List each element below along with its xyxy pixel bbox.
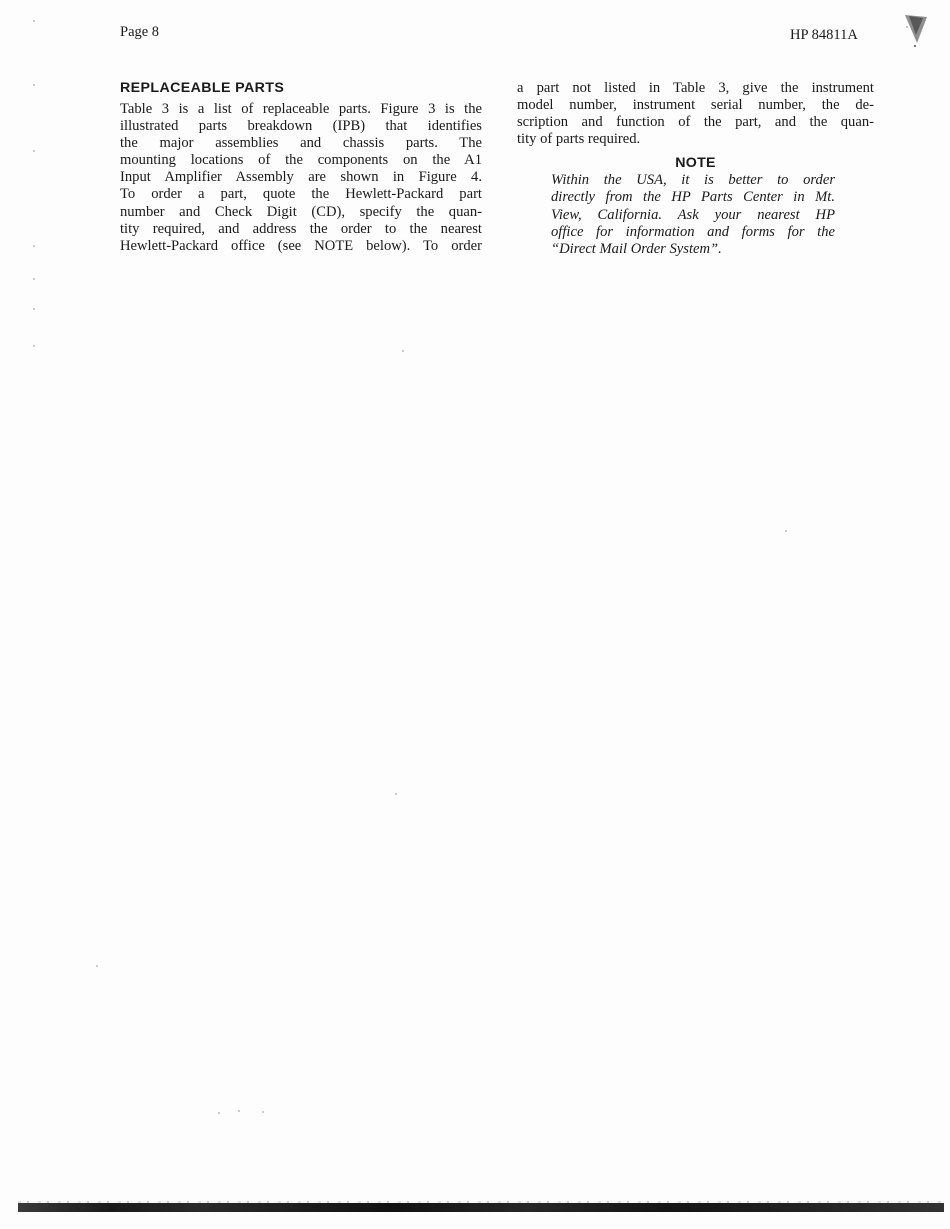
scan-speck — [238, 1110, 240, 1112]
text-line: the major assemblies and chassis parts. … — [120, 135, 482, 152]
note-body: Within the USA, it is better to order di… — [551, 172, 835, 257]
scan-corner-mark-icon — [903, 13, 929, 49]
note-line: View, California. Ask your nearest HP — [551, 207, 835, 224]
replaceable-parts-paragraph: Table 3 is a list of replaceable parts. … — [120, 101, 482, 255]
text-line: number and Check Digit (CD), specify the… — [120, 204, 482, 221]
text-line: Hewlett-Packard office (see NOTE below).… — [120, 238, 482, 255]
model-number: HP 84811A — [790, 27, 858, 44]
scan-speck — [262, 1111, 264, 1113]
scan-speck — [33, 308, 35, 310]
text-line: a part not listed in Table 3, give the i… — [517, 80, 874, 97]
text-line: tity required, and address the order to … — [120, 221, 482, 238]
scan-speck — [33, 345, 35, 347]
scan-speck — [33, 245, 35, 247]
note-line: directly from the HP Parts Center in Mt. — [551, 189, 835, 206]
text-line: Input Amplifier Assembly are shown in Fi… — [120, 169, 482, 186]
scan-speck — [402, 350, 404, 352]
text-line: tity of parts required. — [517, 131, 874, 148]
text-line: scription and function of the part, and … — [517, 114, 874, 131]
scan-speck — [785, 530, 787, 532]
note-line: Within the USA, it is better to order — [551, 172, 835, 189]
section-heading: REPLACEABLE PARTS — [120, 80, 482, 97]
note-line: office for information and forms for the — [551, 224, 835, 241]
note-title: NOTE — [517, 155, 874, 172]
text-line: Table 3 is a list of replaceable parts. … — [120, 101, 482, 118]
continued-paragraph: a part not listed in Table 3, give the i… — [517, 80, 874, 148]
scan-speck — [33, 150, 35, 152]
scan-bottom-edge — [18, 1203, 944, 1212]
text-line: mounting locations of the components on … — [120, 152, 482, 169]
left-column: REPLACEABLE PARTS Table 3 is a list of r… — [120, 80, 482, 255]
scan-speck — [33, 20, 35, 22]
text-line: To order a part, quote the Hewlett-Packa… — [120, 186, 482, 203]
text-line: illustrated parts breakdown (IPB) that i… — [120, 118, 482, 135]
scan-speck — [218, 1112, 220, 1114]
page-number: Page 8 — [120, 24, 159, 41]
scan-speck — [33, 84, 35, 86]
right-column: a part not listed in Table 3, give the i… — [517, 80, 874, 258]
note-line: “Direct Mail Order System”. — [551, 241, 835, 258]
scan-speck — [33, 278, 35, 280]
text-line: model number, instrument serial number, … — [517, 97, 874, 114]
scan-speck — [395, 793, 397, 795]
scan-speck — [96, 965, 98, 967]
